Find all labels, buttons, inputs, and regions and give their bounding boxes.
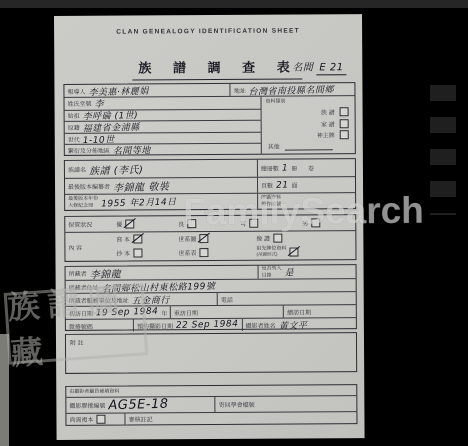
category-clan-genealogy: 族 譜 [268,108,349,117]
microfilm-info-label: 縮攝資料 製作編號 [261,195,281,208]
photo-date-label: 預約攝影日期 [137,321,173,330]
compiler-field: 最後版本編纂者 李錦龍 敬裝 [65,178,257,194]
distribution-field: 繁衍及分佈地區 名間等地 [65,144,261,156]
first-ancestor-label: 始祖 [68,111,80,120]
footer-header-field: 由攝影者屬員補填資料 [66,385,356,397]
record-category-box: 資料類別 族 譜 家 譜 神主牌 其他 [260,96,354,154]
volume-count-label: 總冊數 [261,164,279,173]
edition-year-field: 最後版本年份 大修紀念冊 1955 年2月14日 [65,194,257,210]
distribution-value: 名間等地 [113,144,151,156]
lineage-fields: 姓氏堂號 李 始祖 李呼碖 (1世) 原籍 福建省金浦縣 [65,97,261,155]
holder-label: 所藏者 [69,269,87,278]
origin-label: 原籍 [68,123,80,132]
page-count-field: 頁數 21 面 [257,177,355,193]
microfilm-number-field: 微捲號碼 [66,320,133,332]
photo-date-value: 22 Sep 1984 [176,319,239,331]
category-other: 其他 [268,141,349,150]
category-tablet-label: 神主牌 [317,130,335,139]
checkbox-ancestral-tablet [340,130,349,139]
volume-count-field: 總冊數 1 冊 卷 [257,159,355,177]
checkbox-lineage-chart-checked [199,234,208,243]
second-visit-label: 重訪日期 [174,308,198,317]
phone-label: 電話 [221,294,233,303]
scan-background: { "header": { "english_title": "CLAN GEN… [0,0,468,446]
third-visit-field: 續訪日期 [283,305,356,317]
catalog-listed-field: 是否列入 目錄 是 [257,265,355,279]
photographer-value: 黃文平 [278,318,307,331]
genealogy-name-value: 族譜 (李氏) [89,161,144,177]
form-paper: FamilySearch CLAN GENEALOGY IDENTIFICATI… [54,14,365,440]
volume-unit-label: 冊 [291,164,297,173]
film-code-label: 攝影膠捲編號 [69,401,105,410]
category-ancestral-tablet: 神主牌 [268,130,349,139]
checkbox-copy [133,248,142,257]
page-count-label: 頁數 [261,181,273,190]
checkbox-good [187,219,196,228]
first-ancestor-value: 李呼碖 (1世) [82,109,138,121]
society-number-field: 寄回學會檔號 [215,396,357,412]
edition-year-value: 1955 年2月14日 [101,194,177,209]
film-code-value: AG5E-18 [108,397,169,413]
section-condition-content: 保管狀況 優 良 可 劣 內 容 [64,214,356,262]
condition-field: 保管狀況 優 良 可 劣 [65,215,355,232]
volume-unit2-label: 卷 [308,163,314,172]
page-unit-label: 面 [291,181,297,190]
informant-field: 報導人 李美惠·林麗娟 [64,84,229,97]
address-field: 地址 台灣省南投縣名間鄉 [230,83,355,96]
section-notes: 附 註 [65,332,357,374]
generations-label: 世代 [68,134,80,143]
third-visit-label: 續訪日期 [287,307,311,316]
form-title: 族 譜 調 查 表 [132,56,303,80]
genealogy-name-label: 族譜名 [68,165,86,174]
photographer-label: 攝影者姓名 [246,320,276,329]
volume-count-value: 1 [282,163,289,173]
holder-field: 所藏者 李錦龍 [66,266,258,280]
checkbox-portrait-eulogy [273,234,282,243]
other-blank-line [285,141,333,150]
informant-label: 報導人 [67,86,85,95]
photo-date-field: 預約攝影日期 22 Sep 1984 [133,319,242,332]
photographer-field: 攝影者姓名 黃文平 [242,318,356,331]
english-header: CLAN GENEALOGY IDENTIFICATION SHEET [54,27,362,36]
film-code-field: 攝影膠捲編號 AG5E-18 [66,397,214,413]
film-sprocket-edge [430,85,456,215]
compiler-value: 李錦龍 敬裝 [113,178,170,194]
checkbox-lineage-table [199,248,208,257]
content-copy: 抄 本 [116,248,178,257]
checkbox-poor [311,218,320,227]
checkbox-manuscript-checked [133,235,142,244]
holder-address-field: 所藏者住址 名間鄉松山村東松路199號 [66,279,356,293]
holder-work-label: 所藏者服務單位及地址 [69,295,129,304]
location-code-prefix: 名間 [292,62,313,73]
condition-fair: 可 [240,218,302,227]
condition-label: 保管狀況 [68,220,116,229]
address-label: 地址 [234,85,246,94]
condition-poor: 劣 [302,218,320,227]
review-label: 審核註記 [129,414,153,423]
category-clan-label: 族 譜 [321,108,335,117]
recopy-label: 尚需複本 [69,415,93,424]
category-family-genealogy: 家 譜 [268,119,349,128]
microfilm-number-label: 微捲號碼 [69,321,93,330]
catalog-listed-label: 是否列入 目錄 [261,266,281,279]
section-genealogy-info: 族譜名 族譜 (李氏) 總冊數 1 冊 卷 最後版本編纂者 李錦龍 敬裝 頁數 … [64,158,356,211]
condition-good: 良 [178,219,240,228]
content-lineage-table: 世系表 [178,247,256,256]
section-informant: 報導人 李美惠·林麗娟 地址 台灣省南投縣名間鄉 姓氏堂號 李 始祖 [63,82,355,156]
holder-address-label: 所藏者住址 [69,282,99,291]
checkbox-excellent-checked [125,220,134,229]
genealogy-name-field: 族譜名 族譜 (李氏) [65,160,257,178]
footer-header-label: 由攝影者屬員補填資料 [69,388,119,395]
content-tablet-label: 祖先牌位資料 (吊圖形式) [256,246,286,258]
scan-top-edge [0,0,468,8]
page-count-value: 21 [276,180,289,190]
location-code-value: E 21 [316,62,346,75]
location-code: 名間 E 21 [292,58,346,73]
origin-value: 福建省金浦縣 [83,121,140,133]
checkbox-clan-genealogy [340,108,349,117]
adjacent-page-edge [0,334,9,446]
first-visit-field: 初訪日期 19 Sep 1984 年 [66,306,170,319]
condition-excellent: 優 [116,219,178,228]
checkbox-recopy [96,415,105,424]
checkbox-family-genealogy [340,119,349,128]
category-family-label: 家 譜 [321,119,335,128]
content-field: 內 容 寫 本 世系圖 像 讚 [65,231,355,261]
society-number-label: 寄回學會檔號 [219,400,255,409]
first-visit-value: 19 Sep 1984 [96,307,159,319]
generations-value: 1-10世 [83,133,115,145]
address-value: 台灣省南投縣名間鄉 [249,83,335,96]
content-tablet-data: 祖先牌位資料 (吊圖形式) [256,246,298,258]
holder-value: 李錦龍 [89,266,121,280]
checkbox-tablet-data-checked [289,247,298,256]
distribution-label: 繁衍及分佈地區 [68,146,110,155]
surname-value: 李 [94,97,104,110]
review-field: 審核註記 [125,412,357,424]
first-visit-unit: 年 [161,308,167,317]
holder-work-value: 五金商行 [132,293,170,306]
microfilm-info-field: 縮攝資料 製作編號 [257,193,355,209]
surname-label: 姓氏堂號 [68,99,92,108]
compiler-label: 最後版本編纂者 [68,182,110,191]
recopy-field: 尚需複本 [66,414,124,425]
content-lineage-chart: 世系圖 [178,234,256,243]
first-visit-label: 初訪日期 [69,308,93,317]
catalog-listed-value: 是 [284,265,294,278]
informant-value: 李美惠·林麗娟 [88,84,149,97]
section-holder-visits: 所藏者 李錦龍 是否列入 目錄 是 所藏者住址 名間鄉松山村東松路199號 所藏… [65,264,357,331]
content-label: 內 容 [68,242,116,251]
content-portrait-eulogy: 像 讚 [256,234,282,243]
edition-year-label: 最後版本年份 大修紀念冊 [68,196,98,209]
notes-label: 附 註 [66,333,356,347]
holder-work-field: 所藏者服務單位及地址 五金商行 [66,293,217,306]
holder-address-value: 名間鄉松山村東松路199號 [102,279,216,293]
content-manuscript: 寫 本 [116,234,178,243]
section-photographer-fill: 由攝影者屬員補填資料 攝影膠捲編號 AG5E-18 寄回學會檔號 尚需複本 審核… [65,384,357,426]
phone-field: 電話 [217,292,356,305]
category-other-label: 其他 [268,142,280,151]
checkbox-fair [249,219,258,228]
second-visit-field: 重訪日期 [170,306,283,319]
